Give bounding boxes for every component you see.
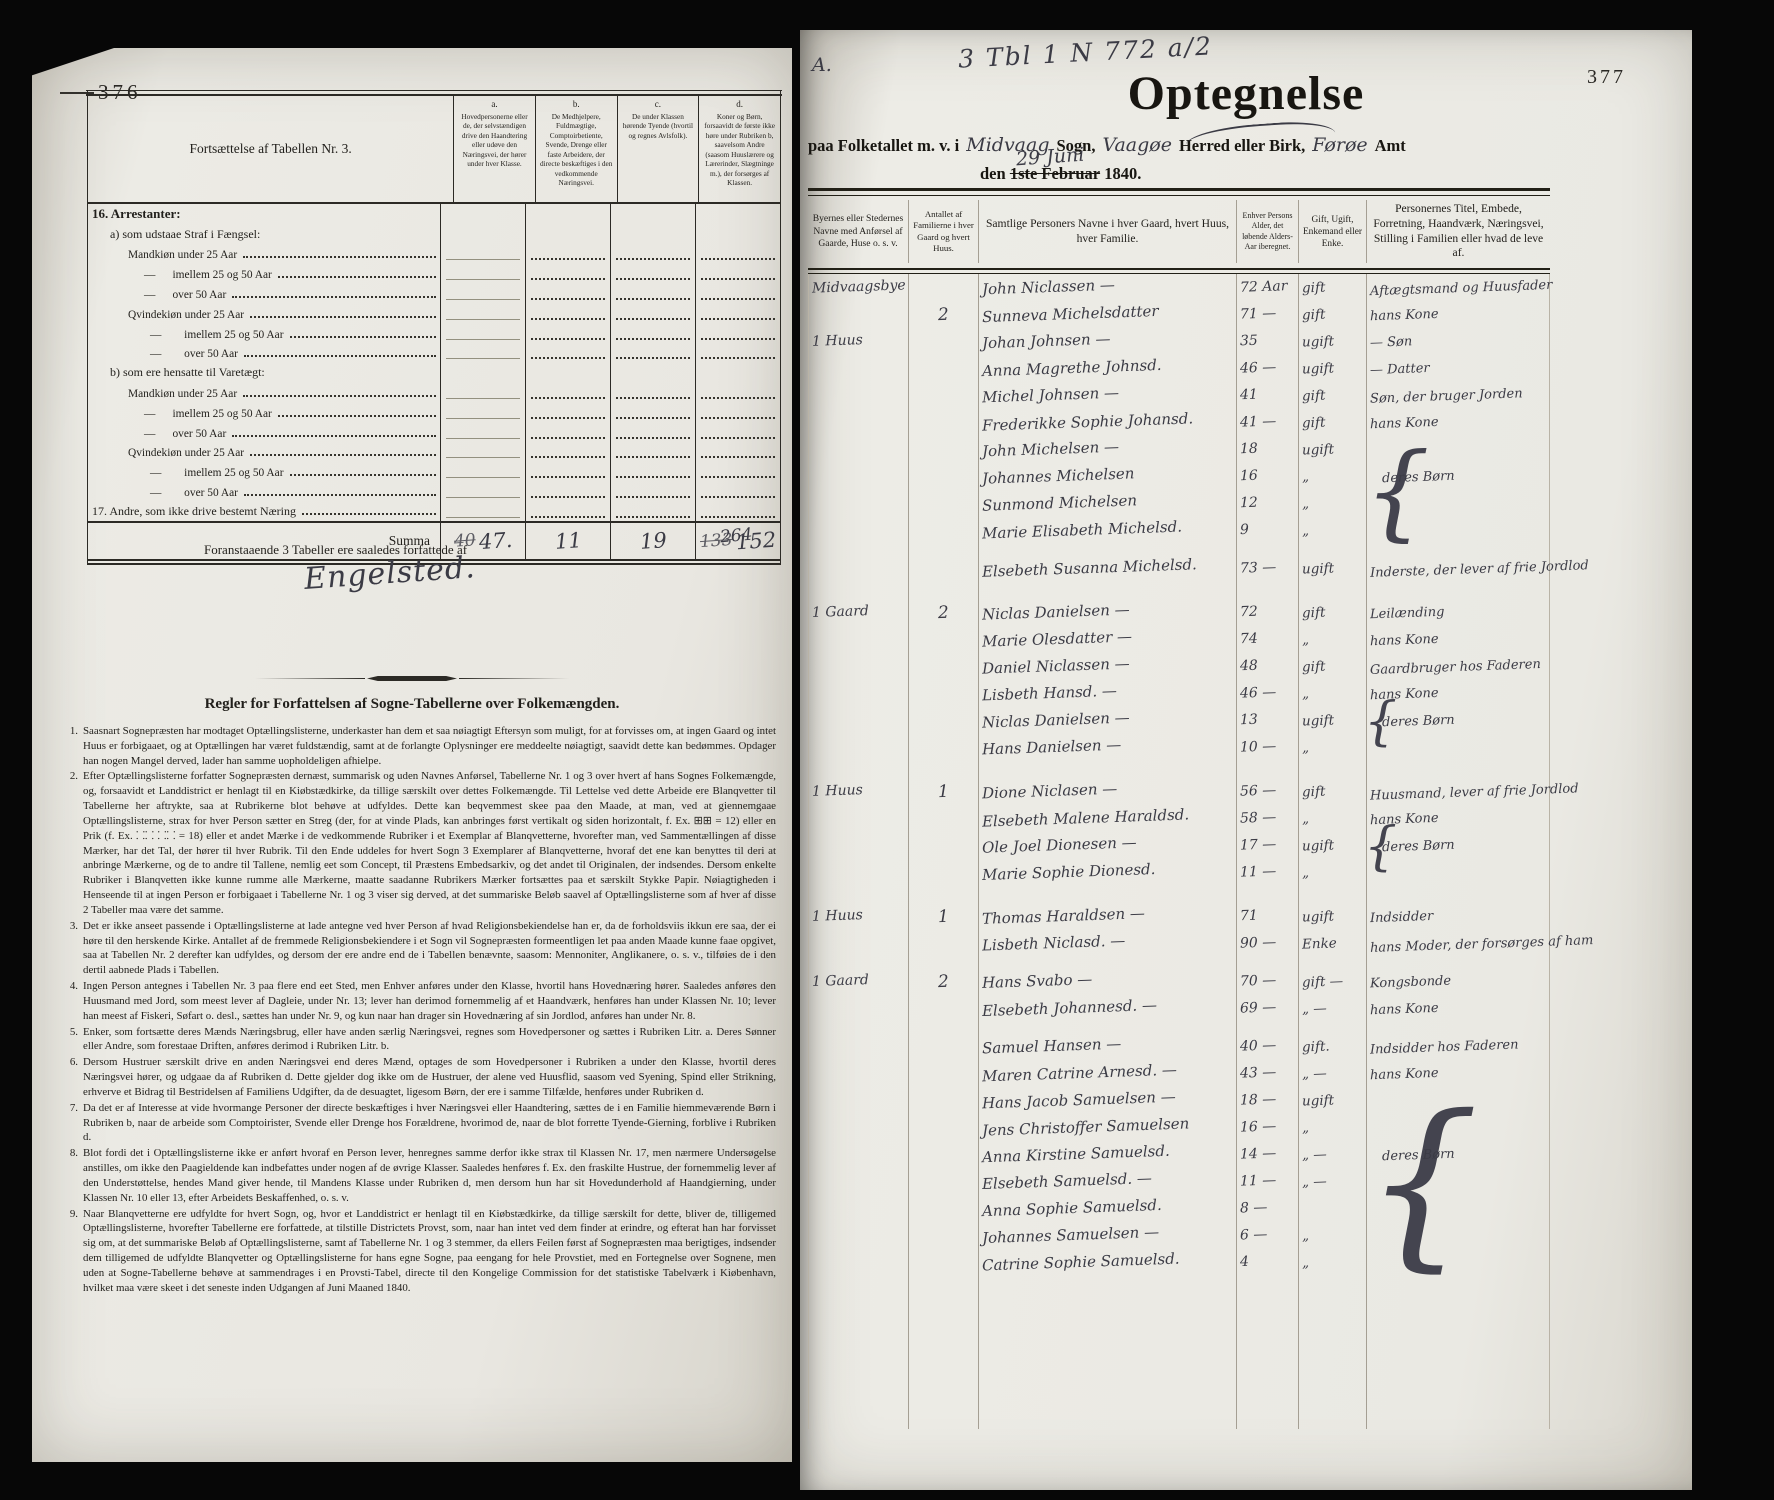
person-name-cell: Niclas Danielsen — [978,711,1236,730]
column-age-header: Enhver Persons Alder, det løbende Alders… [1236,200,1298,263]
person-row: Hans Danielsen — 10 — „ [808,734,1550,761]
occupation-cell: hans Kone [1366,632,1550,648]
brace-mark [1370,1155,1382,1156]
cell-d [695,323,780,343]
place-cell [808,442,908,458]
cell-d [695,501,780,521]
cell-b [525,303,610,323]
person-name-cell: Marie Elisabeth Michelsd. [978,521,1236,540]
families-cell [908,684,978,704]
age-cell: 4 [1236,1254,1298,1271]
place-cell: 1 Huus [808,783,908,800]
cell-c [610,283,695,303]
person-name-cell: Elsebeth Malene Haraldsd. [978,809,1236,828]
place-cell [808,686,908,702]
cell-c [610,402,695,422]
occupation-cell: deres Børn [1366,469,1550,485]
column-c-header: c. De under Klassen hørende Tyende (hvor… [617,96,699,202]
rule-number: 3. [58,919,78,978]
place-cell [808,1066,908,1082]
cell-d [695,442,780,462]
families-cell [908,467,978,487]
families-cell [908,999,978,1019]
cell-a [440,224,525,244]
age-cell: 8 — [1236,1200,1298,1217]
place-cell [808,740,908,756]
row-label: Qvindekiøn under 25 Aar [128,309,244,321]
age-cell: 6 — [1236,1227,1298,1244]
cell-c [610,323,695,343]
marital-status-cell: ugift [1298,909,1366,925]
occupation-cell: deres Børn [1366,713,1550,729]
cell-d [695,343,780,363]
cell-a [440,244,525,264]
cell-b [525,263,610,283]
table-top-rule [808,188,1550,196]
occupation-cell: deres Børn [1366,1147,1550,1163]
families-cell: 2 [908,972,978,992]
occupation-cell [1366,865,1550,881]
person-name-cell: Anna Sophie Samuelsd. [978,1199,1236,1218]
occupation-cell: hans Kone [1366,415,1550,431]
cell-c [610,263,695,283]
person-name-cell: Johannes Michelsen [978,467,1236,486]
rule-item: 3. Det er ikke anseet passende i Optælli… [58,919,776,978]
place-cell [808,469,908,485]
occupation-cell: hans Moder, der forsørges af ham [1366,936,1550,952]
age-cell: 40 — [1236,1038,1298,1055]
occupation-cell: Indsidder hos Faderen [1366,1039,1550,1055]
cell-c [610,343,695,363]
scan-corner-shadow [30,46,120,76]
place-cell: 1 Gaard [808,604,908,621]
row-label: — imellem 25 og 50 Aar [144,408,272,420]
place-cell: Midvaagsbye [808,279,908,296]
row-label: Mandkiøn under 25 Aar [128,249,237,261]
cell-d [695,204,780,224]
cell-a [440,303,525,323]
rule-text: Efter Optællingslisterne forfatter Sogne… [83,769,776,917]
person-name-cell: Elsebeth Samuelsd. — [978,1172,1236,1191]
person-name-cell: Lisbeth Niclasd. — [978,934,1236,953]
rules-list: 1. Saasnart Sognepræsten har modtaget Op… [58,724,776,1296]
person-name-cell: Anna Magrethe Johnsd. [978,359,1236,378]
person-name-cell: Johan Johnsen — [978,332,1236,351]
families-cell [908,711,978,731]
families-cell [908,934,978,954]
person-row: Marie Elisabeth Michelsd. 9 „ [808,517,1550,544]
families-cell [908,332,978,352]
rule-number: 5. [58,1025,78,1055]
person-name-cell: Marie Olesdatter — [978,630,1236,649]
person-row: Marie Olesdatter — 74 „ hans Kone [808,626,1550,653]
families-cell [908,559,978,579]
date-lead: den [980,164,1006,183]
dotted-leader [278,274,436,278]
place-cell [808,1039,908,1055]
marital-status-cell: „ [1298,740,1366,756]
row-label: b) som ere hensatte til Varetægt: [110,365,265,380]
person-row: 1 Huus 1 Dione Niclasen — 56 — gift Huus… [808,778,1550,805]
age-cell: 16 — [1236,1119,1298,1136]
person-name-cell: Michel Johnsen — [978,386,1236,405]
person-row: Niclas Danielsen — 13 ugift deres Børn [808,707,1550,734]
age-cell: 69 — [1236,1000,1298,1017]
families-cell [908,1118,978,1138]
marital-status-cell: „ [1298,686,1366,702]
county-name-handwritten: Førøe [1312,134,1367,156]
person-row: Catrine Sophie Samuelsd. 4 „ [808,1249,1550,1276]
census-subtitle: paa Folketallet m. v. i Midvaag Sogn, Va… [808,134,1552,184]
place-cell [808,388,908,404]
row-label: — imellem 25 og 50 Aar [150,467,284,479]
place-cell [808,1255,908,1271]
table-row: Qvindekiøn under 25 Aar [88,303,780,323]
cell-b [525,283,610,303]
cell-a [440,204,525,224]
table-header: Fortsættelse af Tabellen Nr. 3. a. Hoved… [88,96,780,204]
column-b-header: b. De Medhjelpere, Fuldmægtige, Comptoir… [535,96,617,202]
dotted-leader [250,452,436,456]
place-cell: 1 Gaard [808,973,908,990]
rule-text: Enker, som fortsætte deres Mænds Nærings… [83,1025,776,1055]
marital-status-cell: „ [1298,1255,1366,1271]
occupation-cell [1366,740,1550,756]
cell-b [525,402,610,422]
age-cell: 43 — [1236,1065,1298,1082]
person-name-cell: Samuel Hansen — [978,1037,1236,1056]
cell-c [610,244,695,264]
marital-status-cell: ugift [1298,1093,1366,1109]
age-cell: 74 [1236,631,1298,648]
place-cell [808,1228,908,1244]
cell-d [695,303,780,323]
rule-text: Saasnart Sognepræsten har modtaget Optæl… [83,724,776,768]
cell-c [610,481,695,501]
cell-b [525,481,610,501]
cell-a [440,481,525,501]
place-cell [808,496,908,512]
row-label: 17. Andre, som ikke drive bestemt Næring [92,504,296,519]
cell-b [525,501,610,521]
place-cell [808,713,908,729]
row-label: — imellem 25 og 50 Aar [144,269,272,281]
marital-status-cell: „ [1298,811,1366,827]
age-cell: 10 — [1236,739,1298,756]
cell-c [610,501,695,521]
age-cell: 71 [1236,908,1298,925]
person-row: Elsebeth Malene Haraldsd. 58 — „ hans Ko… [808,805,1550,832]
person-name-cell: Frederikke Sophie Johansd. [978,413,1236,432]
families-cell [908,738,978,758]
cell-b [525,461,610,481]
person-row: Frederikke Sophie Johansd. 41 — gift han… [808,409,1550,436]
summa-cell-b: 11 [525,523,610,559]
dotted-leader [302,511,436,515]
cell-a [440,263,525,283]
person-row: Anna Sophie Samuelsd. 8 — [808,1195,1550,1222]
brace-mark [1370,846,1382,847]
census-summary-table: Fortsættelse af Tabellen Nr. 3. a. Hoved… [87,90,781,565]
place-cell [808,936,908,952]
cell-b [525,244,610,264]
marital-status-cell: ugift [1298,334,1366,350]
row-label: Qvindekiøn under 25 Aar [128,447,244,459]
rule-number: 9. [58,1207,78,1296]
cell-d [695,382,780,402]
table-row: 17. Andre, som ikke drive bestemt Næring [88,501,780,521]
age-cell: 11 — [1236,864,1298,881]
marital-status-cell: gift [1298,307,1366,323]
age-cell: 70 — [1236,973,1298,990]
age-cell: 9 [1236,522,1298,539]
age-cell: 46 — [1236,685,1298,702]
row-label: Mandkiøn under 25 Aar [128,388,237,400]
place-cell [808,1120,908,1136]
table-row: — imellem 25 og 50 Aar [88,323,780,343]
families-cell: 2 [908,305,978,325]
cell-a [440,362,525,382]
place-cell [808,865,908,881]
cell-b [525,422,610,442]
families-cell [908,521,978,541]
families-cell [908,630,978,650]
age-cell: 12 [1236,495,1298,512]
brace-mark [1370,477,1382,478]
row-label: — over 50 Aar [150,348,238,360]
table-title: Fortsættelse af Tabellen Nr. 3. [88,96,453,202]
rule-number: 8. [58,1146,78,1205]
marital-status-cell: gift [1298,605,1366,621]
families-cell [908,863,978,883]
person-name-cell: John Michelsen — [978,440,1236,459]
cell-b [525,362,610,382]
cell-c [610,461,695,481]
dotted-leader [290,334,436,338]
person-row: Ole Joel Dionesen — 17 — ugift deres Bør… [808,832,1550,859]
dotted-leader [250,314,436,318]
age-cell: 90 — [1236,935,1298,952]
marital-status-cell: gift [1298,388,1366,404]
table-body: 16. Arrestanter: a) som udstaae Straf i … [88,204,780,521]
cell-b [525,224,610,244]
page-right: 3 Tbl 1 N 772 a/2 A. 377 Optegnelse paa … [800,30,1692,1490]
cell-a [440,283,525,303]
person-row: 1 Gaard 2 Niclas Danielsen — 72 gift Lei… [808,599,1550,626]
table-body: Midvaagsbye John Niclassen — 72 Aar gift… [808,274,1550,1429]
families-cell [908,1145,978,1165]
age-cell: 41 [1236,387,1298,404]
marital-status-cell: ugift [1298,361,1366,377]
dotted-leader [244,353,436,357]
occupation-cell: hans Kone [1366,1001,1550,1017]
age-cell: 13 [1236,712,1298,729]
rule-item: 4. Ingen Person antegnes i Tabellen Nr. … [58,979,776,1023]
marital-status-cell [1298,1201,1366,1217]
marital-status-cell: „ — [1298,1147,1366,1163]
person-name-cell: John Niclassen — [978,278,1236,297]
occupation-cell: Indsidder [1366,909,1550,925]
cell-d [695,362,780,382]
scanned-book-spread: 376 Fortsættelse af Tabellen Nr. 3. a. H… [0,0,1774,1500]
families-cell [908,413,978,433]
page-title: Optegnelse [800,66,1692,121]
person-row: Midvaagsbye John Niclassen — 72 Aar gift… [808,274,1550,301]
marital-status-cell: ugift [1298,713,1366,729]
occupation-cell: Gaardbruger hos Faderen [1366,659,1550,675]
marital-status-cell: „ [1298,469,1366,485]
age-cell: 58 — [1236,810,1298,827]
person-row: 1 Huus 1 Thomas Haraldsen — 71 ugift Ind… [808,903,1550,930]
age-cell: 48 [1236,658,1298,675]
person-row: Lisbeth Hansd. — 46 — „ hans Kone [808,680,1550,707]
cell-a [440,501,525,521]
person-row: Elsebeth Johannesd. — 69 — „ — hans Kone [808,995,1550,1022]
person-row: Elsebeth Susanna Michelsd. 73 — ugift In… [808,555,1550,582]
age-cell: 14 — [1236,1146,1298,1163]
table-row: — over 50 Aar [88,422,780,442]
age-cell: 18 [1236,441,1298,458]
marital-status-cell: „ — [1298,1066,1366,1082]
person-row: Marie Sophie Dionesd. 11 — „ [808,859,1550,886]
families-cell [908,657,978,677]
row-label: — over 50 Aar [144,289,226,301]
age-cell: 71 — [1236,306,1298,323]
table-row: a) som udstaae Straf i Fængsel: [88,224,780,244]
person-row: Anna Kirstine Samuelsd. 14 — „ — deres B… [808,1141,1550,1168]
age-cell: 16 [1236,468,1298,485]
marital-status-cell: gift — [1298,974,1366,990]
person-name-cell: Ole Joel Dionesen — [978,836,1236,855]
cell-b [525,442,610,462]
occupation-cell: — Søn [1366,334,1550,350]
summa-cell-c: 19 [610,523,695,559]
person-name-cell: Lisbeth Hansd. — [978,684,1236,703]
cell-b [525,204,610,224]
cell-d [695,283,780,303]
person-row: John Michelsen — 18 ugift [808,436,1550,463]
cell-c [610,224,695,244]
column-names-header: Samtlige Personers Navne i hver Gaard, h… [978,200,1236,263]
rule-item: 6. Dersom Hustruer særskilt drive en and… [58,1055,776,1099]
families-cell [908,1037,978,1057]
subtitle-lead: paa Folketallet m. v. i [808,136,959,156]
families-cell [908,836,978,856]
column-place-header: Byernes eller Stedernes Navne med Anførs… [808,200,908,263]
table-row: — over 50 Aar [88,343,780,363]
person-row: Daniel Niclassen — 48 gift Gaardbruger h… [808,653,1550,680]
table-row: — imellem 25 og 50 Aar [88,402,780,422]
place-cell [808,1147,908,1163]
rule-item: 1. Saasnart Sognepræsten har modtaget Op… [58,724,776,768]
marital-status-cell: „ — [1298,1174,1366,1190]
cell-c [610,362,695,382]
rule-text: Dersom Hustruer særskilt drive en anden … [83,1055,776,1099]
rule-text: Det er ikke anseet passende i Optællings… [83,919,776,978]
census-entry-table: Byernes eller Stedernes Navne med Anførs… [808,188,1550,1429]
occupation-cell [1366,496,1550,512]
rule-text: Da det er af Interesse at vide hvormange… [83,1101,776,1145]
table-row: b) som ere hensatte til Varetægt: [88,362,780,382]
marital-status-cell: gift. [1298,1039,1366,1055]
cell-c [610,382,695,402]
age-cell: 46 — [1236,360,1298,377]
place-cell [808,811,908,827]
person-row: Lisbeth Niclasd. — 90 — Enke hans Moder,… [808,930,1550,957]
occupation-cell: — Datter [1366,361,1550,377]
occupation-cell: Inderste, der lever af frie Jordlod [1366,561,1550,577]
column-status-header: Gift, Ugift, Enkemand eller Enke. [1298,200,1366,263]
marital-status-cell: gift [1298,415,1366,431]
marital-status-cell: „ [1298,496,1366,512]
table-row: — over 50 Aar [88,481,780,501]
rule-number: 7. [58,1101,78,1145]
marital-status-cell: „ [1298,865,1366,881]
cell-c [610,204,695,224]
rule-item: 5. Enker, som fortsætte deres Mænds Næri… [58,1025,776,1055]
person-row: Sunmond Michelsen 12 „ [808,490,1550,517]
cell-b [525,382,610,402]
families-cell [908,1253,978,1273]
cell-a [440,402,525,422]
marital-status-cell: gift [1298,659,1366,675]
occupation-cell: Søn, der bruger Jorden [1366,388,1550,404]
rule-item: 8. Blot fordi det i Optællingslisterne i… [58,1146,776,1205]
row-label: — imellem 25 og 50 Aar [150,329,284,341]
place-cell [808,307,908,323]
occupation-cell [1366,1201,1550,1217]
occupation-cell [1366,1228,1550,1244]
age-cell: 41 — [1236,414,1298,431]
person-row: 1 Gaard 2 Hans Svabo — 70 — gift — Kongs… [808,968,1550,995]
person-row: 1 Huus Johan Johnsen — 35 ugift — Søn [808,328,1550,355]
rule-number: 4. [58,979,78,1023]
cell-d [695,481,780,501]
age-cell: 56 — [1236,783,1298,800]
table-row: — over 50 Aar [88,283,780,303]
person-name-cell: Marie Sophie Dionesd. [978,863,1236,882]
person-name-cell: Anna Kirstine Samuelsd. [978,1145,1236,1164]
person-name-cell: Thomas Haraldsen — [978,907,1236,926]
occupation-cell: Kongsbonde [1366,974,1550,990]
rule-number: 1. [58,724,78,768]
person-name-cell: Sunneva Michelsdatter [978,305,1236,324]
age-cell: 11 — [1236,1173,1298,1190]
dotted-leader [243,254,436,258]
person-name-cell: Niclas Danielsen — [978,603,1236,622]
person-name-cell: Hans Danielsen — [978,738,1236,757]
table-header: Byernes eller Stedernes Navne med Anførs… [808,196,1550,268]
families-cell: 1 [908,782,978,802]
occupation-cell [1366,1255,1550,1271]
person-name-cell: Catrine Sophie Samuelsd. [978,1253,1236,1272]
place-cell [808,523,908,539]
divider-ornament [32,676,792,681]
dotted-leader [243,393,436,397]
dotted-leader [232,433,436,437]
families-cell [908,494,978,514]
printed-date-struck: 1ste Februar29 Juni [1010,164,1100,184]
column-a-header: a. Hovedpersonerne eller de, der selvstæ… [453,96,535,202]
age-cell: 72 Aar [1236,279,1298,296]
families-cell: 1 [908,907,978,927]
marital-status-cell: „ — [1298,1001,1366,1017]
age-cell: 18 — [1236,1092,1298,1109]
rule-item: 2. Efter Optællingslisterne forfatter So… [58,769,776,917]
table-row: 16. Arrestanter: [88,204,780,224]
families-cell [908,809,978,829]
person-name-cell: Maren Catrine Arnesd. — [978,1064,1236,1083]
